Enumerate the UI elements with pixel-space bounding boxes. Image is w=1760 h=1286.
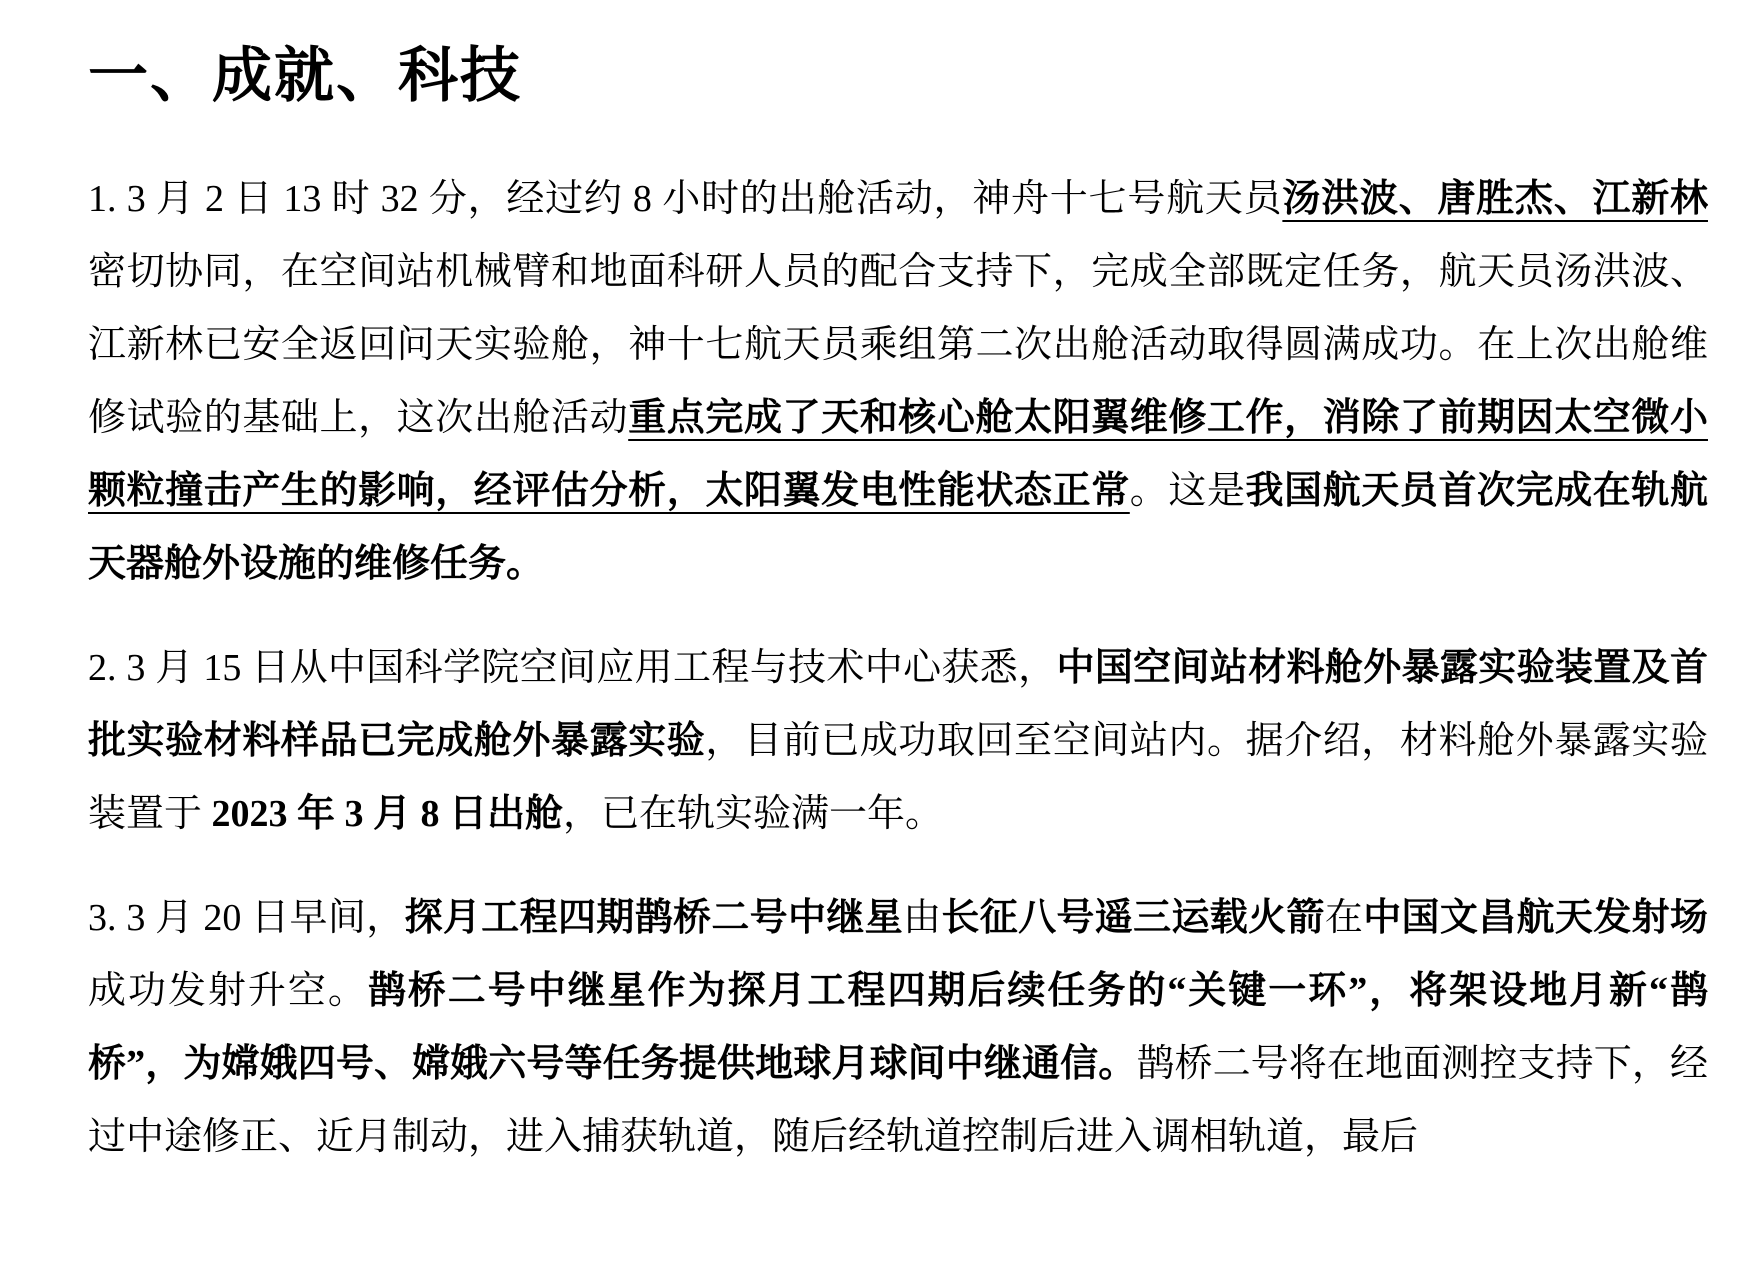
text-run: 2. 3 月 15 日从中国科学院空间应用工程与技术中心获悉， [88, 647, 1056, 689]
paragraph-2: 2. 3 月 15 日从中国科学院空间应用工程与技术中心获悉，中国空间站材料舱外… [88, 632, 1708, 851]
text-run: 2023 年 3 月 8 日出舱 [212, 793, 564, 835]
section-heading: 一、成就、科技 [88, 36, 1708, 117]
text-run: 中国文昌航天发射场 [1363, 897, 1708, 939]
text-run: 汤洪波、唐胜杰、江新林 [1282, 178, 1708, 220]
paragraph-3: 3. 3 月 20 日早间，探月工程四期鹊桥二号中继星由长征八号遥三运载火箭在中… [88, 882, 1708, 1174]
paragraph-1: 1. 3 月 2 日 13 时 32 分，经过约 8 小时的出舱活动，神舟十七号… [88, 163, 1708, 601]
text-run: 。这是 [1130, 470, 1246, 512]
document-page: 一、成就、科技 1. 3 月 2 日 13 时 32 分，经过约 8 小时的出舱… [0, 0, 1760, 1286]
text-run: 成功发射升空。 [88, 970, 368, 1012]
text-run: ，已在轨实验满一年。 [563, 793, 943, 835]
text-run: 3. 3 月 20 日早间， [88, 897, 405, 939]
text-run: 探月工程四期鹊桥二号中继星 [405, 897, 903, 939]
text-run: 由 [903, 897, 941, 939]
text-run: 1. 3 月 2 日 13 时 32 分，经过约 8 小时的出舱活动，神舟十七号… [88, 178, 1282, 220]
text-run: 长征八号遥三运载火箭 [941, 897, 1324, 939]
text-run: 在 [1325, 897, 1363, 939]
